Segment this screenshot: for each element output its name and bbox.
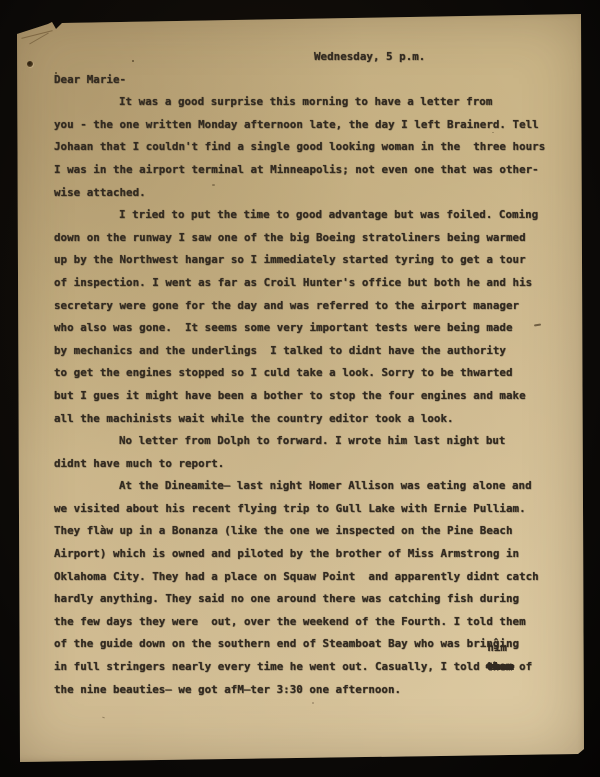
text-segment: you - the one written Monday afternoon l…: [54, 118, 539, 131]
struck-word: them: [486, 660, 512, 673]
text-segment: hardly anything. They said no one around…: [54, 592, 519, 605]
letter-line: we visited about his recent flying trip …: [54, 498, 559, 521]
letter-line: by mechanics and the underlings I talked…: [54, 340, 559, 363]
letter-line: but I gues it might have been a bother t…: [54, 385, 559, 408]
date-line: Wednesday, 5 p.m.: [54, 46, 559, 69]
letter-paper: Wednesday, 5 p.m.Dear Marie-It was a goo…: [12, 12, 585, 762]
paper-speck: [312, 702, 314, 704]
letter-line: of inspection. I went as far as Croil Hu…: [54, 272, 559, 295]
text-segment: They flàw up in a Bonanza (like the one…: [54, 524, 513, 537]
text-segment: who also was gone. It seems some very im…: [54, 321, 513, 334]
text-segment: I was in the airport terminal at Minneap…: [54, 163, 539, 176]
letter-line: up by the Northwest hangar so I immediat…: [54, 249, 559, 272]
letter-line: I tried to put the time to good advantag…: [54, 204, 559, 227]
text-segment: Johaan that I couldn't find a single goo…: [54, 140, 545, 153]
text-segment: It was a good surprise this morning to h…: [119, 95, 492, 108]
letter-line: Airport) which is owned and piloted by t…: [54, 543, 559, 566]
text-segment: but I gues it might have been a bother t…: [54, 389, 526, 402]
text-segment: Airport) which is owned and piloted by t…: [54, 547, 519, 560]
letter-line: They flàw up in a Bonanza (like the one…: [54, 520, 559, 543]
text-segment: in full stringers nearly every time he w…: [54, 660, 486, 673]
text-segment: Wednesday, 5 p.m.: [314, 50, 425, 63]
letter-line: didnt have much to report.: [54, 453, 559, 476]
letter-line: Oklahoma City. They had a place on Squaw…: [54, 566, 559, 589]
letter-line: Johaan that I couldn't find a single goo…: [54, 136, 559, 159]
letter-line: in full stringers nearly every time he w…: [54, 656, 559, 679]
paper-speck: [102, 717, 105, 719]
text-segment: didnt have much to report.: [54, 457, 224, 470]
folded-corner-crease: [29, 33, 49, 45]
text-segment: the nine beauties̶ we got afM̶ter 3:30 o…: [54, 683, 401, 696]
text-segment: Oklahoma City. They had a place on Squaw…: [54, 570, 539, 583]
text-segment: of the guide down on the southern end of…: [54, 637, 519, 650]
letter-line: of the guide down on the southern end of…: [54, 633, 559, 656]
text-segment: Dear Marie-: [54, 73, 126, 86]
text-segment: up by the Northwest hangar so I immediat…: [54, 253, 526, 266]
text-segment: to get the engines stopped so I culd tak…: [54, 366, 513, 379]
inserted-word: him: [487, 637, 507, 660]
text-segment: the few days they were out, over the wee…: [54, 615, 526, 628]
letter-line: I was in the airport terminal at Minneap…: [54, 159, 559, 182]
paper-hole: [27, 61, 33, 67]
text-segment: I tried to put the time to good advantag…: [119, 208, 538, 221]
text-segment: all the machinists wait while the countr…: [54, 412, 454, 425]
letter-body: Wednesday, 5 p.m.Dear Marie-It was a goo…: [54, 46, 559, 701]
salutation: Dear Marie-: [54, 69, 559, 92]
letter-line: the nine beauties̶ we got afM̶ter 3:30 o…: [54, 679, 559, 702]
page-background: Wednesday, 5 p.m.Dear Marie-It was a goo…: [0, 0, 600, 777]
letter-line: the few days they were out, over the wee…: [54, 611, 559, 634]
text-segment: by mechanics and the underlings I talked…: [54, 344, 506, 357]
text-segment: wise attached.: [54, 186, 146, 199]
text-segment: of: [513, 660, 533, 673]
letter-line: hardly anything. They said no one around…: [54, 588, 559, 611]
letter-line: all the machinists wait while the countr…: [54, 408, 559, 431]
text-segment: At the Dineamite̶ last night Homer Allis…: [119, 479, 532, 492]
letter-line: secretary were gone for the day and was …: [54, 295, 559, 318]
text-segment: of inspection. I went as far as Croil Hu…: [54, 276, 532, 289]
letter-line: At the Dineamite̶ last night Homer Allis…: [54, 475, 559, 498]
folded-corner-crease: [21, 30, 52, 39]
letter-line: wise attached.: [54, 182, 559, 205]
letter-line: who also was gone. It seems some very im…: [54, 317, 559, 340]
letter-line: It was a good surprise this morning to h…: [54, 91, 559, 114]
text-segment: No letter from Dolph to forward. I wrote…: [119, 434, 505, 447]
text-segment: secretary were gone for the day and was …: [54, 299, 519, 312]
letter-line: you - the one written Monday afternoon l…: [54, 114, 559, 137]
letter-line: to get the engines stopped so I culd tak…: [54, 362, 559, 385]
letter-line: down on the runway I saw one of the big …: [54, 227, 559, 250]
text-segment: we visited about his recent flying trip …: [54, 502, 526, 515]
text-segment: down on the runway I saw one of the big …: [54, 231, 526, 244]
letter-line: No letter from Dolph to forward. I wrote…: [54, 430, 559, 453]
